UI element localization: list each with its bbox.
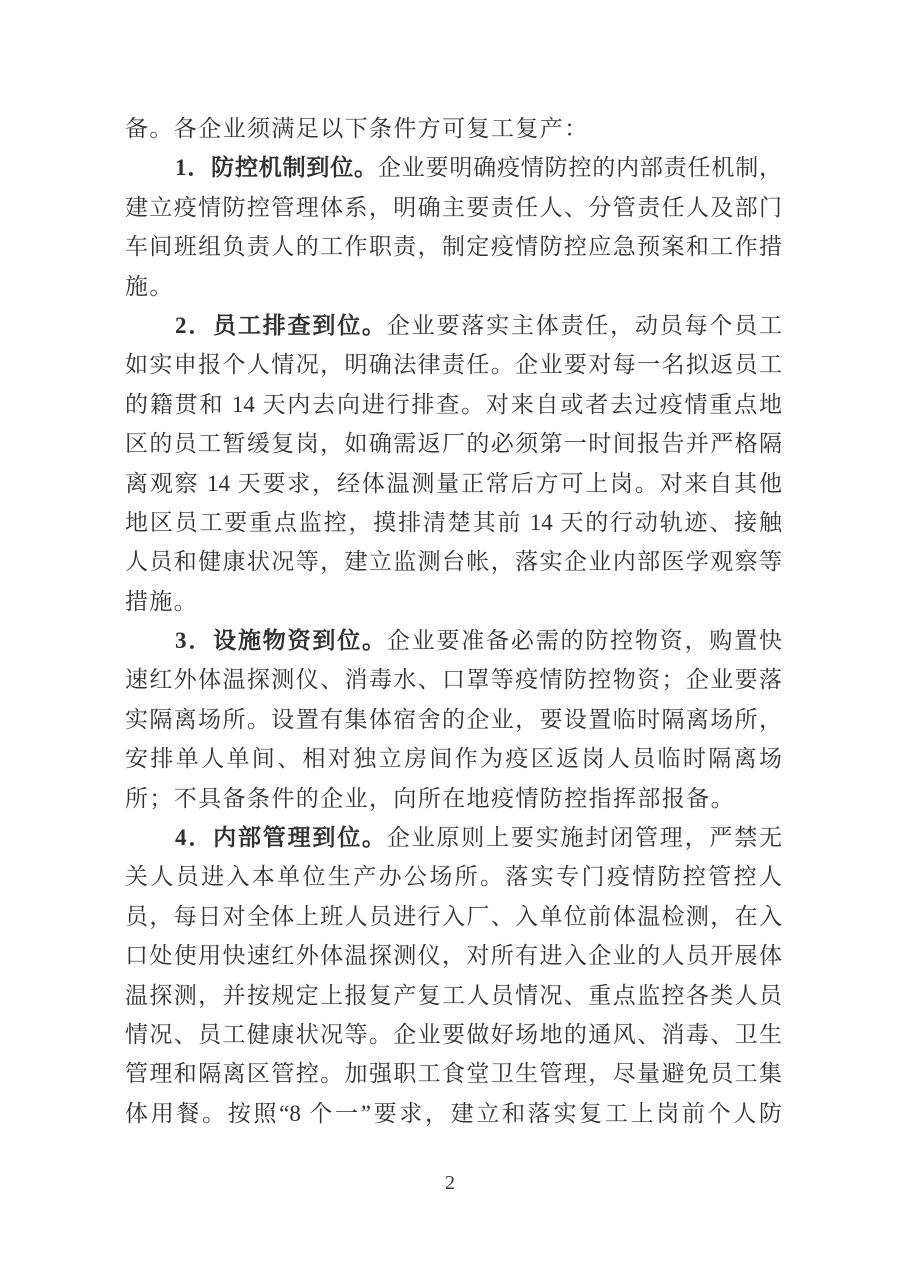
paragraph-heading: 1．防控机制到位。 xyxy=(175,155,378,180)
text-line: 备。各企业须满足以下条件方可复工复产： xyxy=(125,109,782,148)
text-line: 员，每日对全体上班人员进行入厂、入单位前体温检测，在入 xyxy=(125,897,782,936)
text-line: 车间班组负责人的工作职责，制定疫情防控应急预案和工作措 xyxy=(125,227,782,266)
text-line: 建立疫情防控管理体系，明确主要责任人、分管责任人及部门 xyxy=(125,188,782,227)
text-line: 口处使用快速红外体温探测仪，对所有进入企业的人员开展体 xyxy=(125,936,782,975)
text-line: 温探测，并按规定上报复产复工人员情况、重点监控各类人员 xyxy=(125,976,782,1015)
text-line: 实隔离场所。设置有集体宿舍的企业，要设置临时隔离场所， xyxy=(125,700,782,739)
text-line: 区的员工暂缓复岗，如确需返厂的必须第一时间报告并严格隔 xyxy=(125,424,782,463)
document-body: 备。各企业须满足以下条件方可复工复产：1．防控机制到位。企业要明确疫情防控的内部… xyxy=(125,109,782,1133)
text-line: 所；不具备条件的企业，向所在地疫情防控指挥部报备。 xyxy=(125,779,782,818)
text-line: 如实申报个人情况，明确法律责任。企业要对每一名拟返员工 xyxy=(125,345,782,384)
paragraph-heading: 4．内部管理到位。 xyxy=(175,825,387,850)
page-number: 2 xyxy=(0,1172,900,1195)
text-line: 1．防控机制到位。企业要明确疫情防控的内部责任机制， xyxy=(125,148,782,187)
text-line: 3．设施物资到位。企业要准备必需的防控物资，购置快 xyxy=(125,621,782,660)
text-line: 措施。 xyxy=(125,582,782,621)
text-line: 情况、员工健康状况等。企业要做好场地的通风、消毒、卫生 xyxy=(125,1015,782,1054)
text-line: 速红外体温探测仪、消毒水、口罩等疫情防控物资；企业要落 xyxy=(125,660,782,699)
text-line: 施。 xyxy=(125,267,782,306)
text-line: 管理和隔离区管控。加强职工食堂卫生管理，尽量避免员工集 xyxy=(125,1054,782,1093)
document-page: 备。各企业须满足以下条件方可复工复产：1．防控机制到位。企业要明确疫情防控的内部… xyxy=(0,0,900,1272)
text-line: 人员和健康状况等，建立监测台帐，落实企业内部医学观察等 xyxy=(125,542,782,581)
paragraph-heading: 3．设施物资到位。 xyxy=(175,628,387,653)
text-line: 体用餐。按照“8 个一”要求，建立和落实复工上岗前个人防 xyxy=(125,1094,782,1133)
text-line: 关人员进入本单位生产办公场所。落实专门疫情防控管控人 xyxy=(125,857,782,896)
text-line: 的籍贯和 14 天内去向进行排查。对来自或者去过疫情重点地 xyxy=(125,385,782,424)
paragraph-heading: 2．员工排查到位。 xyxy=(175,313,387,338)
text-line: 2．员工排查到位。企业要落实主体责任，动员每个员工 xyxy=(125,306,782,345)
text-line: 离观察 14 天要求，经体温测量正常后方可上岗。对来自其他 xyxy=(125,464,782,503)
text-line: 地区员工要重点监控，摸排清楚其前 14 天的行动轨迹、接触 xyxy=(125,503,782,542)
text-line: 4．内部管理到位。企业原则上要实施封闭管理，严禁无 xyxy=(125,818,782,857)
text-line: 安排单人单间、相对独立房间作为疫区返岗人员临时隔离场 xyxy=(125,739,782,778)
